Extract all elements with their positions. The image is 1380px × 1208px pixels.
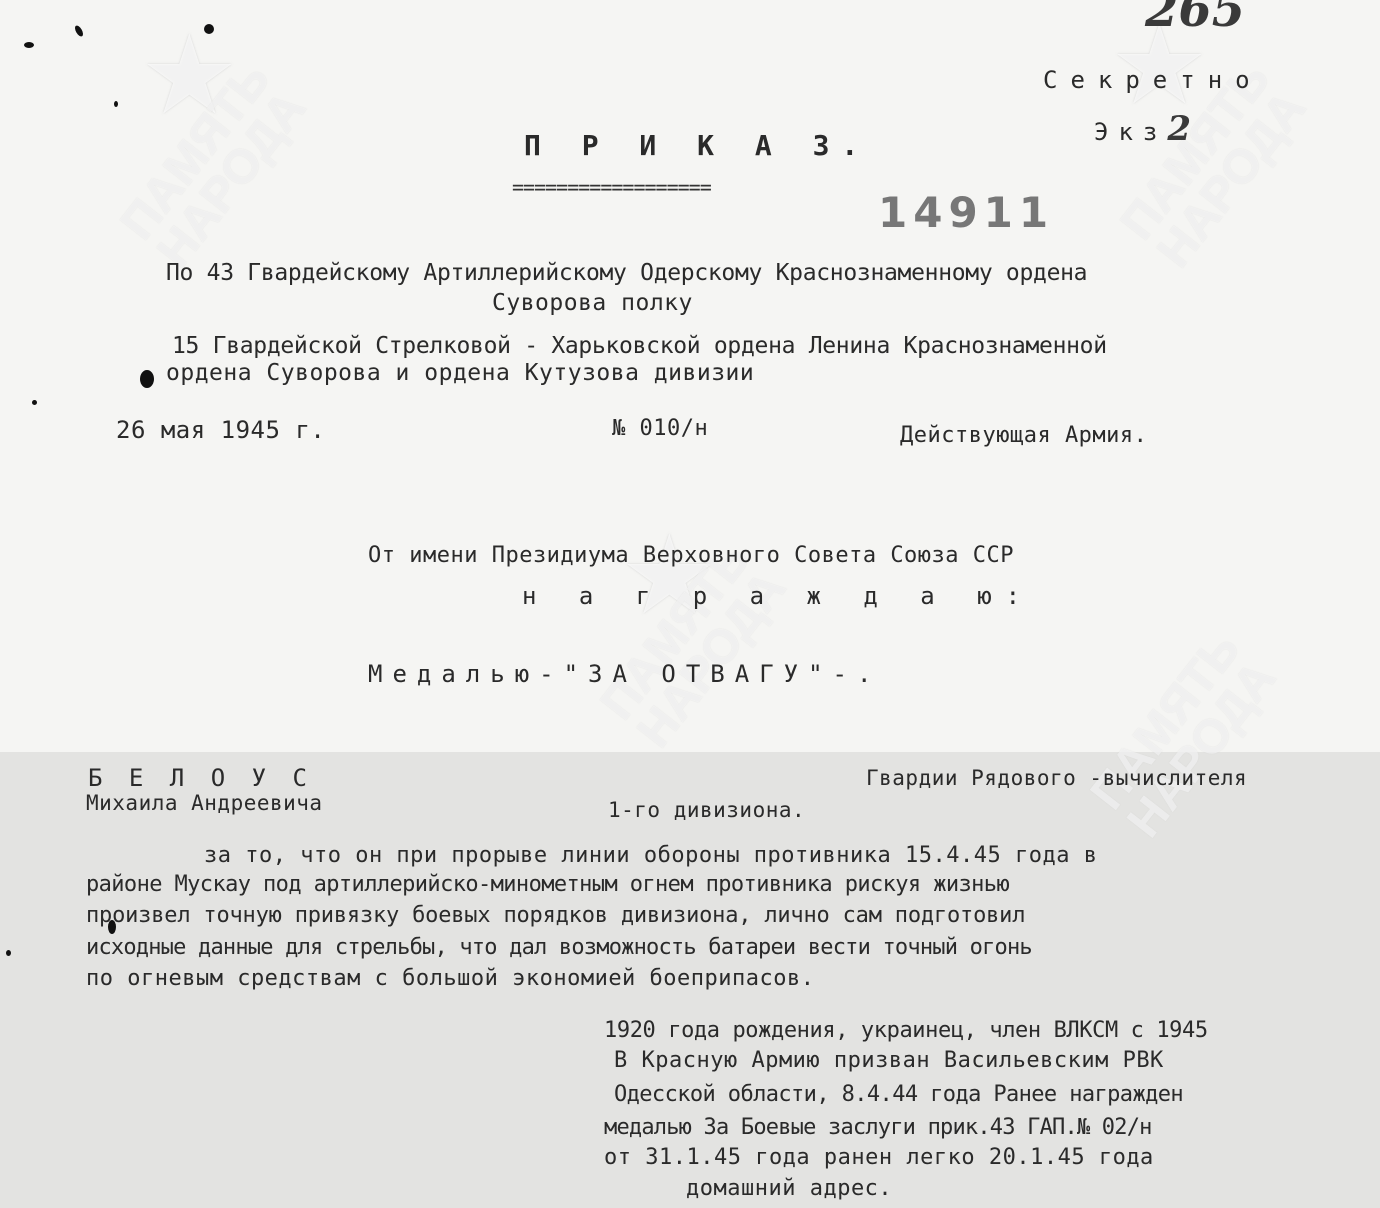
citation-line: районе Мускау под артиллерийско-минометн…: [86, 874, 1009, 896]
scan-speck: [32, 400, 37, 405]
scan-speck: [6, 950, 11, 956]
recipient-line-2: Суворова полку: [492, 292, 693, 315]
recipient-line-4: ордена Суворова и ордена Кутузова дивизи…: [166, 362, 754, 385]
order-number: № 010/н: [612, 418, 708, 440]
order-date: 26 мая 1945 г.: [116, 418, 325, 442]
award-verb: н а г р а ж д а ю:: [522, 584, 1034, 608]
bio-line: от 31.1.45 года ранен легко 20.1.45 года: [604, 1147, 1154, 1169]
bio-line: В Красную Армию призван Васильевским РВК: [614, 1050, 1164, 1072]
citation-line: исходные данные для стрельбы, что дал во…: [86, 937, 1032, 959]
awardee-surname: Б Е Л О У С: [88, 766, 313, 790]
archive-stamp-number: 14911: [878, 188, 1054, 237]
bio-line: домашний адрес.: [686, 1178, 892, 1200]
awardee-unit: 1-го дивизиона.: [608, 800, 805, 821]
recipient-line-3: 15 Гвардейской Стрелковой - Харьковской …: [172, 335, 1107, 358]
bio-line: 1920 года рождения, украинец, член ВЛКСМ…: [604, 1020, 1208, 1042]
citation-line: по огневым средствам с большой экономией…: [86, 968, 815, 990]
awardee-name: Михаила Андреевича: [86, 793, 323, 814]
title-underline: ==================: [512, 175, 711, 199]
copy-label: Экз2: [1094, 112, 1201, 146]
copy-label-text: Экз: [1094, 118, 1167, 146]
scan-speck: [24, 42, 34, 48]
award-name: Медалью-"ЗА ОТВАГУ"-.: [368, 662, 881, 686]
awardee-rank: Гвардии Рядового -вычислителя: [866, 768, 1247, 789]
recipient-line-1: По 43 Гвардейскому Артиллерийскому Одерс…: [166, 262, 1087, 285]
bio-line: медалью За Боевые заслуги прик.43 ГАП.№ …: [604, 1117, 1152, 1139]
scan-speck: [204, 24, 214, 34]
citation-line: за то, что он при прорыве линии обороны …: [204, 845, 1097, 867]
document-title: П Р И К А З.: [524, 132, 870, 160]
classification-label: Секретно: [1043, 68, 1263, 92]
preamble: От имени Президиума Верховного Совета Со…: [368, 545, 1014, 567]
copy-number-handwritten: 2: [1167, 109, 1201, 149]
scan-speck: [140, 370, 154, 388]
scan-speck: [114, 101, 118, 107]
bio-line: Одесской области, 8.4.44 года Ранее нагр…: [614, 1084, 1183, 1106]
order-location: Действующая Армия.: [900, 425, 1147, 447]
handwritten-page-number: 265: [1145, 0, 1245, 38]
citation-line: произвел точную привязку боевых порядков…: [86, 905, 1025, 927]
